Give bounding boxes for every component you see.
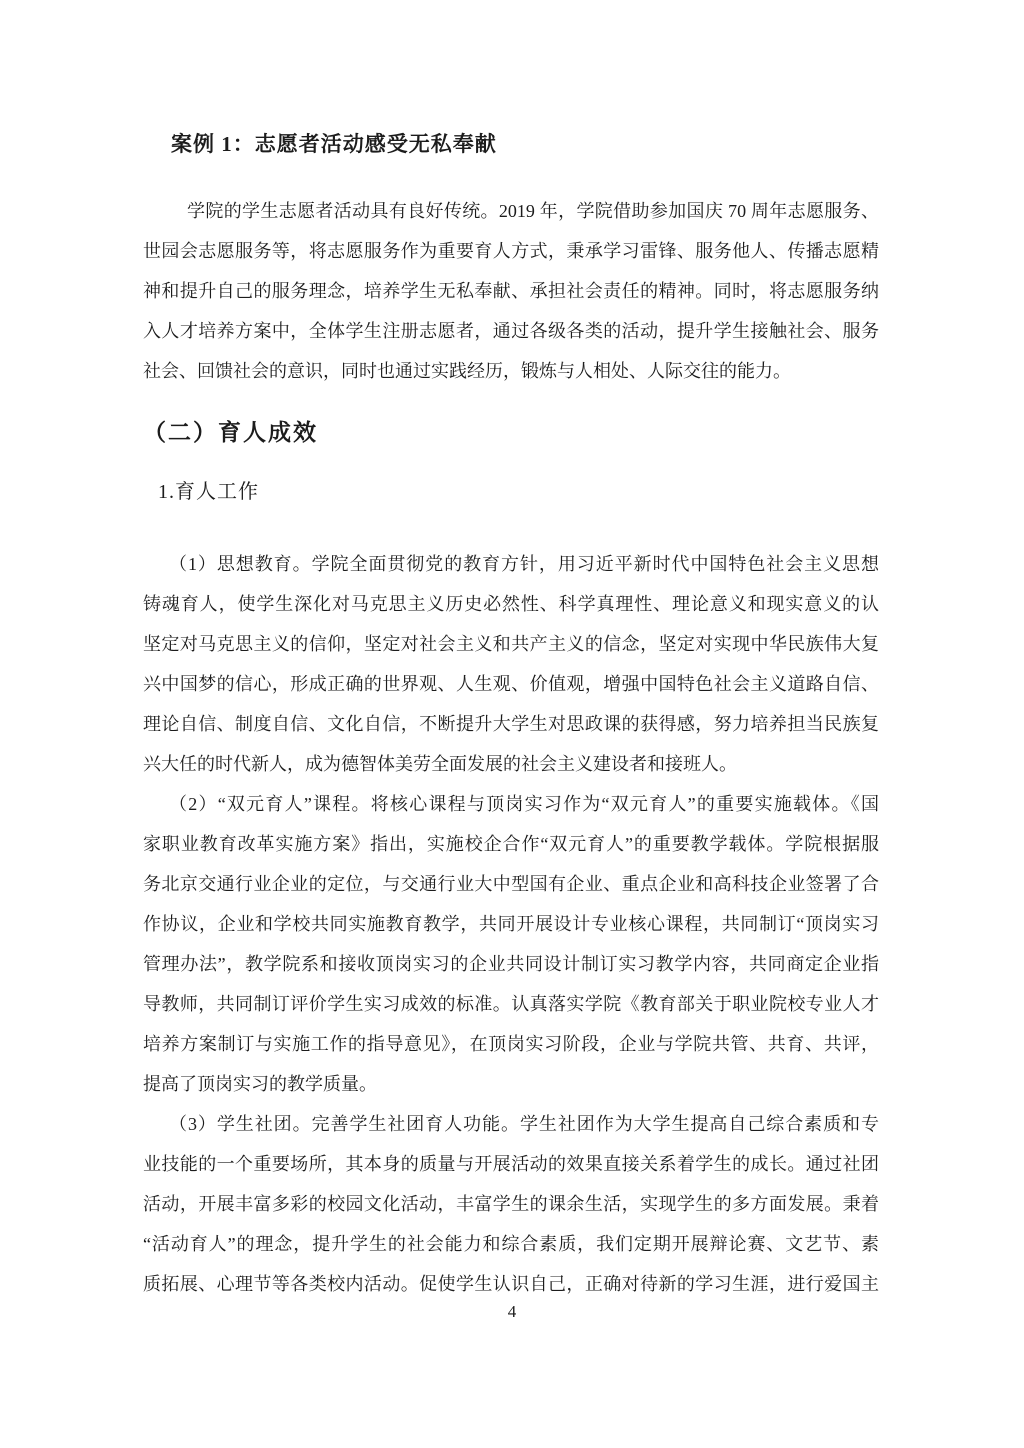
text-line: 作协议，企业和学校共同实施教育教学，共同开展设计专业核心课程，共同制订“顶岗实习 — [143, 904, 879, 944]
section-heading: （二）育人成效 — [143, 410, 879, 454]
text-line: 入人才培养方案中，全体学生注册志愿者，通过各级各类的活动，提升学生接触社会、服务 — [143, 311, 879, 351]
text-line: 铸魂育人，使学生深化对马克思主义历史必然性、科学真理性、理论意义和现实意义的认识… — [143, 584, 879, 624]
paragraph-student-societies: （3）学生社团。完善学生社团育人功能。学生社团作为大学生提高自己综合素质和专业技… — [143, 1104, 879, 1304]
text-line: 坚定对马克思主义的信仰，坚定对社会主义和共产主义的信念，坚定对实现中华民族伟大复 — [143, 624, 879, 664]
paragraph-dual-education-course: （2）“双元育人”课程。将核心课程与顶岗实习作为“双元育人”的重要实施载体。《国… — [143, 784, 879, 1104]
text-line: 兴中国梦的信心，形成正确的世界观、人生观、价值观，增强中国特色社会主义道路自信、 — [143, 664, 879, 704]
text-line: 管理办法”，教学院系和接收顶岗实习的企业共同设计制订实习教学内容，共同商定企业指 — [143, 944, 879, 984]
text-line: 社会、回馈社会的意识，同时也通过实践经历，锻炼与人相处、人际交往的能力。 — [143, 351, 879, 391]
text-line: 培养方案制订与实施工作的指导意见》，在顶岗实习阶段，企业与学院共管、共育、共评， — [143, 1024, 879, 1064]
text-line: 理论自信、制度自信、文化自信，不断提升大学生对思政课的获得感，努力培养担当民族复 — [143, 704, 879, 744]
text-line: 提高了顶岗实习的教学质量。 — [143, 1064, 879, 1104]
intro-paragraph: 学院的学生志愿者活动具有良好传统。2019 年，学院借助参加国庆 70 周年志愿… — [143, 191, 879, 391]
subsection-heading: 1.育人工作 — [158, 472, 879, 512]
text-line: 学院的学生志愿者活动具有良好传统。2019 年，学院借助参加国庆 70 周年志愿… — [143, 191, 879, 231]
text-line: “活动育人”的理念，提升学生的社会能力和综合素质，我们定期开展辩论赛、文艺节、素 — [143, 1224, 879, 1264]
text-line: （3）学生社团。完善学生社团育人功能。学生社团作为大学生提高自己综合素质和专 — [143, 1104, 879, 1144]
text-line: 兴大任的时代新人，成为德智体美劳全面发展的社会主义建设者和接班人。 — [143, 744, 879, 784]
text-line: 质拓展、心理节等各类校内活动。促使学生认识自己，正确对待新的学习生涯，进行爱国主 — [143, 1264, 879, 1304]
text-line: 神和提升自己的服务理念，培养学生无私奉献、承担社会责任的精神。同时，将志愿服务纳 — [143, 271, 879, 311]
text-line: 业技能的一个重要场所，其本身的质量与开展活动的效果直接关系着学生的成长。通过社团 — [143, 1144, 879, 1184]
text-line: （1）思想教育。学院全面贯彻党的教育方针，用习近平新时代中国特色社会主义思想 — [143, 544, 879, 584]
text-line: 导教师，共同制订评价学生实习成效的标准。认真落实学院《教育部关于职业院校专业人才 — [143, 984, 879, 1024]
text-line: 活动，开展丰富多彩的校园文化活动，丰富学生的课余生活，实现学生的多方面发展。秉着 — [143, 1184, 879, 1224]
page-number: 4 — [0, 1300, 1024, 1324]
text-line: 家职业教育改革实施方案》指出，实施校企合作“双元育人”的重要教学载体。学院根据服 — [143, 824, 879, 864]
text-line: 世园会志愿服务等，将志愿服务作为重要育人方式，秉承学习雷锋、服务他人、传播志愿精 — [143, 231, 879, 271]
document-page: 案例 1：志愿者活动感受无私奉献 学院的学生志愿者活动具有良好传统。2019 年… — [0, 0, 1024, 1448]
paragraph-ideological-education: （1）思想教育。学院全面贯彻党的教育方针，用习近平新时代中国特色社会主义思想铸魂… — [143, 544, 879, 784]
text-line: 务北京交通行业企业的定位，与交通行业大中型国有企业、重点企业和高科技企业签署了合 — [143, 864, 879, 904]
document-content: 案例 1：志愿者活动感受无私奉献 学院的学生志愿者活动具有良好传统。2019 年… — [143, 0, 879, 1304]
text-line: （2）“双元育人”课程。将核心课程与顶岗实习作为“双元育人”的重要实施载体。《国 — [143, 784, 879, 824]
case-heading: 案例 1：志愿者活动感受无私奉献 — [171, 124, 879, 164]
